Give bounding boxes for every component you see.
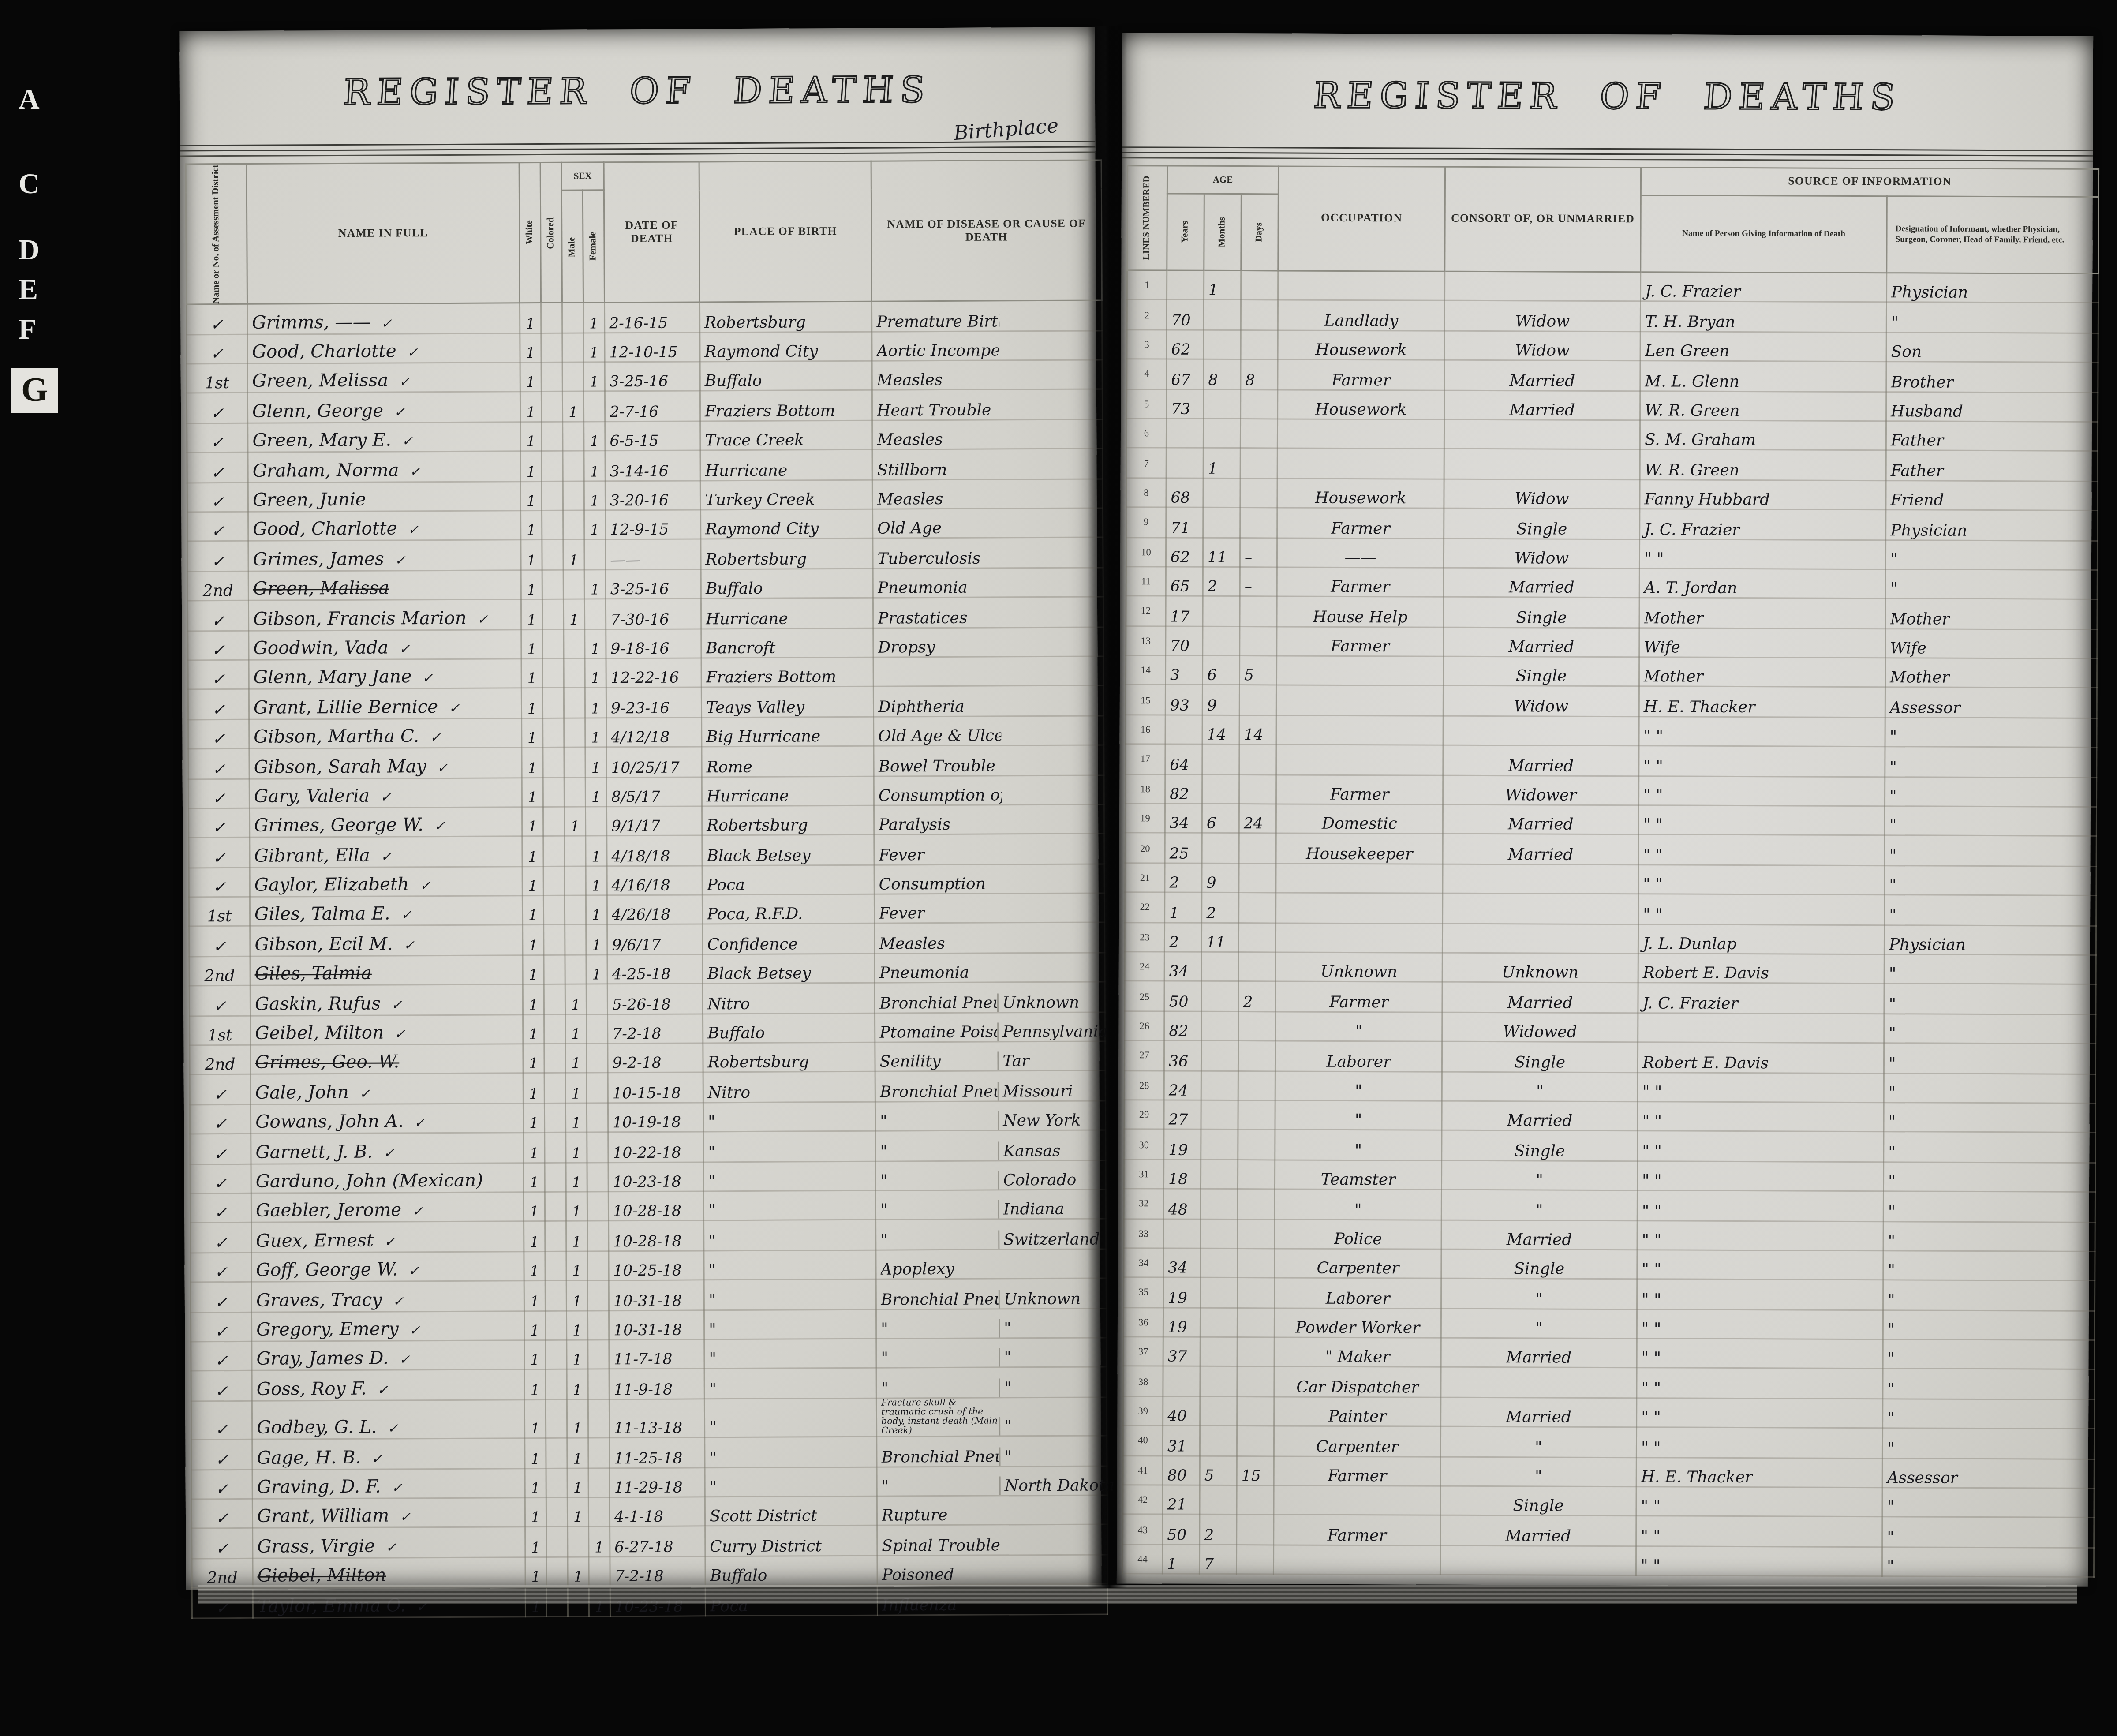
deceased-name: Gaylor, Elizabeth [254, 874, 409, 896]
cell-white: 1 [520, 481, 542, 510]
header-place-of-birth: PLACE OF BIRTH [699, 161, 871, 302]
cell-white: 1 [520, 451, 542, 481]
cell-date-of-death: 10-25-18 [609, 1250, 704, 1280]
cell-place-of-birth: Robertsburg [699, 302, 871, 332]
cell-informant-designation: Wife [1885, 629, 2097, 659]
cell-consort [1444, 419, 1640, 450]
cell-male: 1 [565, 1014, 587, 1044]
cell-colored [543, 748, 564, 777]
cell-occupation [1275, 923, 1442, 953]
cell-male: 1 [567, 1468, 588, 1497]
cell-female: 1 [586, 866, 607, 895]
cell-date-of-death: 3-14-16 [605, 451, 700, 481]
register-row-left: ✓ Gale, John✓ 1 1 10-15-18 Nitro Bronchi… [190, 1071, 1105, 1104]
cell-colored [544, 955, 565, 984]
cell-male [564, 747, 585, 777]
cell-occupation: Unknown [1275, 952, 1442, 982]
cell-line-number: 31 [1124, 1159, 1163, 1189]
name-checkmark: ✓ [380, 791, 391, 805]
cell-occupation: Housework [1277, 478, 1444, 508]
name-checkmark: ✓ [408, 1265, 419, 1280]
cell-age-days [1237, 1396, 1274, 1426]
cell-place-of-birth: " [704, 1339, 876, 1369]
cell-line-number: 11 [1126, 566, 1166, 596]
cell-district-check: 2nd [187, 571, 248, 601]
cell-consort [1441, 1368, 1637, 1398]
cell-informant-name: " " [1638, 1131, 1884, 1162]
cell-occupation: Farmer [1274, 1456, 1440, 1486]
cell-district-check: ✓ [189, 838, 250, 868]
cell-colored [546, 1497, 567, 1527]
register-row-left: ✓ Glenn, Mary Jane✓ 1 1 12-22-16 Frazier… [188, 656, 1103, 690]
cause-text: Apoplexy [880, 1260, 1003, 1279]
cell-occupation [1277, 449, 1444, 479]
cell-informant-name: Len Green [1640, 331, 1886, 362]
cell-name: Grant, William✓ [252, 1498, 525, 1529]
cause-text: Consumption [879, 875, 1002, 894]
cell-colored [545, 1281, 566, 1310]
register-row-right: 34 34 Carpenter Single " " " [1124, 1248, 2095, 1281]
cell-age-months: 8 [1204, 359, 1241, 389]
cell-white: 1 [524, 1369, 546, 1399]
cell-cause-of-death: Poisoned [877, 1554, 1107, 1585]
cell-occupation: Farmer [1277, 508, 1444, 538]
register-row-right: 19 34 6 24 Domestic Married " " " [1125, 804, 2096, 837]
register-row-right: 10 62 11 – —— Widow " " " [1126, 537, 2097, 570]
cell-colored [545, 1221, 566, 1251]
header-name-in-full: NAME IN FULL [247, 163, 520, 304]
cell-age-years: 1 [1162, 1544, 1199, 1574]
cell-age-years: 18 [1163, 1159, 1201, 1189]
cell-name: Gaebler, Jerome✓ [251, 1192, 524, 1223]
cell-age-months [1201, 1278, 1238, 1307]
cell-male [564, 629, 585, 658]
cell-informant-designation: " [1884, 1043, 2095, 1074]
cell-informant-designation: Mother [1885, 658, 2097, 688]
cell-female: 1 [585, 718, 606, 747]
cell-place-of-birth: Robertsburg [701, 539, 873, 569]
cell-consort: Married [1441, 1397, 1637, 1428]
cell-place-of-birth: Buffalo [703, 1013, 875, 1043]
cell-line-number: 34 [1124, 1248, 1163, 1277]
cell-date-of-death: 4/18/18 [607, 836, 702, 866]
cell-consort: Unknown [1442, 953, 1638, 983]
cell-age-months [1201, 952, 1238, 981]
cell-district-check: 1st [190, 1015, 251, 1045]
cell-age-months [1201, 1189, 1238, 1219]
cause-text: Heart Trouble [877, 400, 1000, 419]
name-checkmark: ✓ [394, 1028, 405, 1042]
register-row-left: 1st Geibel, Milton✓ 1 1 7-2-18 Buffalo P… [190, 1012, 1105, 1045]
cell-female: 1 [584, 510, 606, 540]
register-row-right: 7 1 W. R. Green Father [1126, 448, 2098, 481]
register-row-right: 22 1 2 " " " [1125, 892, 2096, 925]
cell-date-of-death: 10-15-18 [608, 1073, 703, 1103]
cell-place-of-birth: Fraziers Bottom [700, 390, 872, 421]
birthplace-text: " [999, 1446, 1102, 1465]
cell-occupation: —— [1277, 537, 1444, 567]
header-occupation: OCCUPATION [1278, 166, 1445, 271]
cell-white: 1 [525, 1497, 546, 1527]
cell-cause-of-death: " Indiana [875, 1190, 1106, 1220]
cell-age-months [1200, 1307, 1237, 1337]
cell-age-days [1238, 1160, 1275, 1189]
cell-white: 1 [524, 1310, 545, 1340]
cell-age-days: 8 [1241, 359, 1278, 389]
cell-name: Gray, James D.✓ [252, 1340, 524, 1371]
register-row-right: 26 82 " Widowed " [1125, 1011, 2096, 1044]
cell-line-number: 12 [1126, 596, 1166, 626]
name-checkmark: ✓ [410, 465, 421, 479]
cell-informant-designation: Physician [1884, 924, 2096, 955]
name-checkmark: ✓ [393, 1295, 404, 1309]
cell-district-check: ✓ [188, 808, 249, 838]
right-title-rules [1122, 146, 2093, 162]
cell-age-months [1201, 981, 1238, 1011]
cell-colored [542, 540, 563, 569]
cell-consort [1440, 1545, 1636, 1576]
birthplace-text: " [999, 1348, 1102, 1367]
cell-name: Grant, Lillie Bernice✓ [249, 688, 521, 719]
cell-date-of-death: 4/16/18 [607, 865, 702, 895]
book-spine: A C D E F G [0, 0, 183, 1736]
name-checkmark: ✓ [359, 1087, 370, 1102]
register-row-right: 28 24 " " " " " [1124, 1070, 2095, 1103]
cell-colored [546, 1369, 567, 1399]
cell-occupation: Farmer [1275, 982, 1442, 1012]
cell-white: 1 [520, 363, 541, 392]
cell-female [588, 1468, 610, 1497]
cell-district-check: ✓ [188, 778, 249, 808]
cell-cause-of-death: Dropsy [873, 627, 1103, 657]
cell-white: 1 [522, 718, 543, 748]
cell-cause-of-death: Bronchial Pneumonia Missouri [875, 1071, 1105, 1101]
cell-line-number: 41 [1123, 1455, 1163, 1485]
cell-occupation: Domestic [1276, 804, 1443, 834]
name-checkmark: ✓ [407, 346, 418, 361]
header-male: Male [561, 190, 583, 303]
cell-cause-of-death: Fever [874, 834, 1104, 864]
cause-text: " [880, 1111, 998, 1130]
cell-line-number: 7 [1126, 448, 1166, 478]
register-row-left: ✓ Grant, William✓ 1 1 4-1-18 Scott Distr… [191, 1495, 1107, 1529]
birthplace-annotation: Birthplace [953, 114, 1059, 145]
register-row-left: ✓ Good, Charlotte✓ 1 1 12-9-15 Raymond C… [187, 508, 1103, 542]
cell-colored [543, 836, 565, 866]
cell-age-months: 2 [1200, 1515, 1237, 1545]
name-checkmark: ✓ [400, 1511, 411, 1526]
cell-cause-of-death: Ptomaine Poisoning Pennsylvania [875, 1012, 1105, 1042]
cell-age-years: 21 [1163, 1485, 1200, 1515]
cell-white: 1 [525, 1527, 546, 1557]
cell-place-of-birth: Nitro [703, 1072, 875, 1102]
cell-district-check: 2nd [192, 1558, 253, 1588]
cell-age-months: 2 [1203, 567, 1240, 596]
register-row-right: 12 17 House Help Single Mother Mother [1126, 596, 2097, 629]
register-row-left: ✓ Grant, Lillie Bernice✓ 1 1 9-23-16 Tea… [188, 686, 1103, 719]
register-row-right: 31 18 Teamster " " " " [1124, 1159, 2095, 1192]
cell-occupation: " [1275, 1071, 1442, 1101]
cell-name: Gibson, Francis Marion✓ [248, 599, 521, 630]
cell-informant-name: A. T. Jordan [1639, 568, 1885, 599]
cell-consort: Single [1442, 1042, 1638, 1072]
name-checkmark: ✓ [430, 731, 441, 746]
cell-informant-designation: " [1883, 1310, 2095, 1340]
cell-occupation: Laborer [1275, 1278, 1441, 1308]
cell-age-days [1238, 1219, 1275, 1248]
cell-age-days [1240, 508, 1277, 537]
cell-informant-designation: " [1884, 954, 2096, 985]
cell-age-days: – [1240, 537, 1277, 567]
register-row-left: 2nd Grimes, Geo. W. 1 1 9-2-18 Robertsbu… [190, 1041, 1105, 1075]
header-district: Name or No. of Assessment District [186, 164, 247, 304]
cell-district-check: ✓ [192, 1528, 253, 1558]
cell-age-months [1201, 1159, 1238, 1189]
cell-informant-name: " " [1637, 1368, 1883, 1399]
cell-place-of-birth: " [704, 1398, 876, 1437]
register-row-right: 8 68 Housework Widow Fanny Hubbard Frien… [1126, 478, 2098, 511]
cell-colored [543, 718, 564, 747]
cause-text: " [880, 1171, 998, 1190]
cell-consort: Married [1444, 390, 1640, 420]
register-row-left: ✓ Gary, Valeria✓ 1 1 8/5/17 Hurricane Co… [188, 774, 1104, 808]
cell-place-of-birth: Scott District [705, 1496, 877, 1526]
cell-informant-name: H. E. Thacker [1636, 1457, 1882, 1488]
cell-district-check: ✓ [190, 1075, 251, 1105]
header-consort: CONSORT OF, OR UNMARRIED [1445, 167, 1641, 272]
cell-consort: Widow [1444, 301, 1640, 331]
deceased-name: Gowans, John A. [255, 1111, 404, 1133]
cell-occupation: House Help [1277, 597, 1444, 627]
cell-district-check: ✓ [187, 393, 247, 423]
cell-cause-of-death: " Kansas [875, 1130, 1106, 1160]
cell-age-days: 24 [1239, 804, 1276, 834]
cell-occupation [1277, 419, 1444, 449]
register-row-left: ✓ Godbey, G. L.✓ 1 1 11-13-18 " Fracture… [191, 1397, 1107, 1440]
cell-place-of-birth: Curry District [705, 1526, 877, 1556]
cell-place-of-birth: " [704, 1368, 876, 1399]
cell-district-check: 2nd [189, 956, 250, 986]
cell-name: Grimes, James✓ [248, 540, 521, 571]
cell-district-check: ✓ [187, 601, 248, 631]
cell-line-number: 5 [1127, 389, 1167, 418]
cell-male [563, 451, 584, 481]
cell-line-number: 4 [1127, 359, 1167, 389]
cell-cause-of-death: Paralysis [874, 804, 1104, 835]
cell-informant-designation: " [1883, 1399, 2095, 1429]
cell-white: 1 [524, 1340, 546, 1369]
cell-age-days [1240, 449, 1277, 478]
cell-cause-of-death: " New York [875, 1100, 1105, 1131]
cell-place-of-birth: " [705, 1467, 877, 1497]
cell-occupation [1276, 715, 1443, 745]
page-stack-edge [198, 1585, 2077, 1604]
cell-age-days [1239, 685, 1276, 715]
cell-date-of-death: 12-22-16 [606, 658, 701, 688]
cell-age-days [1241, 389, 1278, 419]
cell-informant-name: " " [1639, 716, 1885, 747]
cell-consort: Widow [1443, 686, 1639, 717]
cell-male: 1 [565, 1073, 587, 1103]
cell-district-check: ✓ [188, 630, 249, 660]
cell-informant-name: " " [1638, 1102, 1884, 1132]
deceased-name: Graham, Norma [253, 460, 399, 481]
cell-consort: Widow [1444, 538, 1639, 569]
cell-occupation: Painter [1274, 1396, 1441, 1426]
cell-occupation [1276, 745, 1443, 775]
cell-colored [542, 599, 563, 629]
cell-age-months [1203, 626, 1240, 655]
cause-text: Diphtheria [878, 697, 1001, 716]
register-row-left: 1st Green, Melissa✓ 1 1 3-25-16 Buffalo … [187, 360, 1102, 393]
cell-line-number: 36 [1123, 1307, 1163, 1337]
cell-age-days [1240, 626, 1277, 656]
deceased-name: Guex, Ernest [256, 1230, 374, 1252]
spine-tab-d: D [19, 233, 40, 267]
cell-female [587, 1044, 608, 1073]
cell-name: Good, Charlotte✓ [247, 333, 520, 364]
right-sheet: LINES NUMBERED AGE OCCUPATION CONSORT OF… [1122, 165, 2090, 1578]
deceased-name: Goff, George W. [256, 1260, 398, 1281]
header-date-of-death: DATE OF DEATH [604, 162, 699, 303]
cell-cause-of-death: Measles [872, 419, 1103, 449]
cell-female: 1 [589, 1527, 610, 1556]
cell-age-months [1202, 774, 1239, 804]
cell-date-of-death: 7-30-16 [606, 599, 701, 629]
cell-name: Garnett, J. B.✓ [251, 1133, 524, 1164]
cell-informant-name: " " [1638, 1072, 1884, 1102]
cell-informant-name: " " [1636, 1427, 1882, 1458]
register-row-left: 2nd Green, Malissa 1 1 3-25-16 Buffalo P… [187, 567, 1103, 601]
cell-name: Glenn, Mary Jane✓ [249, 658, 521, 689]
cell-consort: Married [1444, 360, 1640, 391]
cell-district-check: ✓ [191, 1371, 252, 1401]
cell-informant-name: Robert E. Davis [1638, 954, 1884, 984]
cell-consort: " [1441, 1279, 1637, 1309]
cell-age-years: 36 [1164, 1040, 1201, 1070]
deceased-name: Gaskin, Rufus [255, 993, 381, 1014]
register-row-right: 40 31 Carpenter " " " " [1123, 1425, 2094, 1459]
cell-cause-of-death: Premature Birth [871, 301, 1102, 331]
cell-age-years: 17 [1166, 596, 1203, 626]
cell-consort [1443, 716, 1639, 746]
cell-line-number: 40 [1123, 1425, 1163, 1455]
cell-female [588, 1438, 610, 1467]
cell-district-check: ✓ [187, 304, 247, 334]
cell-informant-designation: " [1885, 539, 2097, 570]
cell-district-check: ✓ [187, 334, 247, 364]
cell-male [562, 333, 583, 362]
cell-age-months [1203, 478, 1240, 508]
left-sheet: Name or No. of Assessment District NAME … [185, 160, 1099, 1619]
name-checkmark: ✓ [399, 376, 410, 391]
cell-line-number: 28 [1124, 1070, 1164, 1100]
header-white: White [519, 162, 541, 303]
cell-name: Goodwin, Vada✓ [249, 629, 521, 660]
cell-place-of-birth: Hurricane [701, 598, 873, 629]
cell-age-years [1163, 1366, 1200, 1396]
deceased-name: Goodwin, Vada [253, 637, 388, 659]
cell-line-number: 3 [1127, 329, 1167, 359]
cell-white: 1 [520, 333, 541, 362]
cell-female [587, 1073, 608, 1103]
cell-occupation: " Maker [1274, 1337, 1441, 1367]
header-informant-name: Name of Person Giving Information of Dea… [1641, 195, 1887, 273]
cell-district-check: ✓ [191, 1282, 251, 1312]
cell-place-of-birth: Teays Valley [701, 687, 873, 717]
name-checkmark: ✓ [381, 317, 392, 331]
cell-male: 1 [564, 807, 585, 836]
cell-male: 1 [563, 540, 584, 569]
register-row-right: 20 25 Housekeeper Married " " " [1125, 833, 2096, 866]
cell-date-of-death: 10-31-18 [609, 1309, 704, 1339]
cell-cause-of-death: Bowel Trouble [874, 745, 1104, 775]
cell-name: Gibrant, Ella✓ [250, 837, 522, 868]
name-checkmark: ✓ [404, 939, 415, 954]
cell-date-of-death: 5-26-18 [607, 984, 703, 1014]
cell-district-check: 1st [187, 363, 247, 393]
cell-female: 1 [585, 629, 606, 658]
cell-line-number: 32 [1124, 1189, 1163, 1218]
birthplace-text: Colorado [998, 1170, 1101, 1189]
cell-place-of-birth: " [703, 1131, 875, 1162]
cell-occupation: Powder Worker [1274, 1308, 1441, 1338]
deceased-name: Gregory, Emery [256, 1319, 399, 1340]
cell-date-of-death: 10-19-18 [608, 1102, 703, 1132]
cause-text: Old Age [877, 519, 1000, 538]
cell-line-number: 33 [1124, 1218, 1163, 1248]
cell-informant-name: " " [1637, 1309, 1883, 1339]
cell-occupation: " [1275, 1130, 1442, 1160]
register-row-right: 42 21 Single " " " [1123, 1485, 2094, 1518]
cell-place-of-birth: Buffalo [700, 361, 872, 391]
cell-line-number: 29 [1124, 1100, 1164, 1130]
left-table: Name or No. of Assessment District NAME … [185, 159, 1108, 1618]
cell-age-years: 80 [1163, 1455, 1200, 1485]
cell-place-of-birth: Robertsburg [703, 1042, 875, 1073]
register-row-right: 30 19 " Single " " " [1124, 1130, 2095, 1163]
cell-white: 1 [520, 303, 541, 333]
cell-place-of-birth: Confidence [703, 924, 875, 954]
cell-female [583, 392, 605, 421]
birthplace-text: Kansas [998, 1141, 1101, 1160]
cell-place-of-birth: Hurricane [702, 776, 874, 806]
cause-text: Measles [879, 934, 1002, 953]
name-checkmark: ✓ [408, 524, 419, 539]
register-row-left: ✓ Gray, James D.✓ 1 1 11-7-18 " " " [191, 1338, 1107, 1371]
deceased-name: Grimes, James [253, 549, 384, 570]
cell-line-number: 42 [1123, 1485, 1163, 1515]
cell-informant-designation: Father [1886, 421, 2098, 452]
deceased-name: Gaebler, Jerome [256, 1200, 402, 1222]
name-checkmark: ✓ [434, 820, 445, 835]
cell-colored [544, 1073, 565, 1103]
cell-district-check: ✓ [187, 453, 248, 483]
cell-age-months [1201, 1041, 1238, 1070]
name-checkmark: ✓ [477, 613, 488, 627]
cause-text: Measles [877, 489, 1000, 508]
deceased-name: Gary, Valeria [254, 786, 370, 807]
header-female: Female [583, 190, 604, 303]
cell-date-of-death: 4/12/18 [606, 717, 702, 747]
cell-line-number: 39 [1123, 1396, 1163, 1425]
cell-place-of-birth: Hurricane [700, 450, 872, 480]
cell-consort: Married [1443, 745, 1639, 776]
cell-informant-name: J. C. Frazier [1641, 272, 1887, 303]
cell-date-of-death: 9-18-16 [606, 629, 701, 658]
cell-date-of-death: 9-2-18 [608, 1043, 703, 1073]
cell-cause-of-death: Apoplexy [876, 1249, 1106, 1279]
